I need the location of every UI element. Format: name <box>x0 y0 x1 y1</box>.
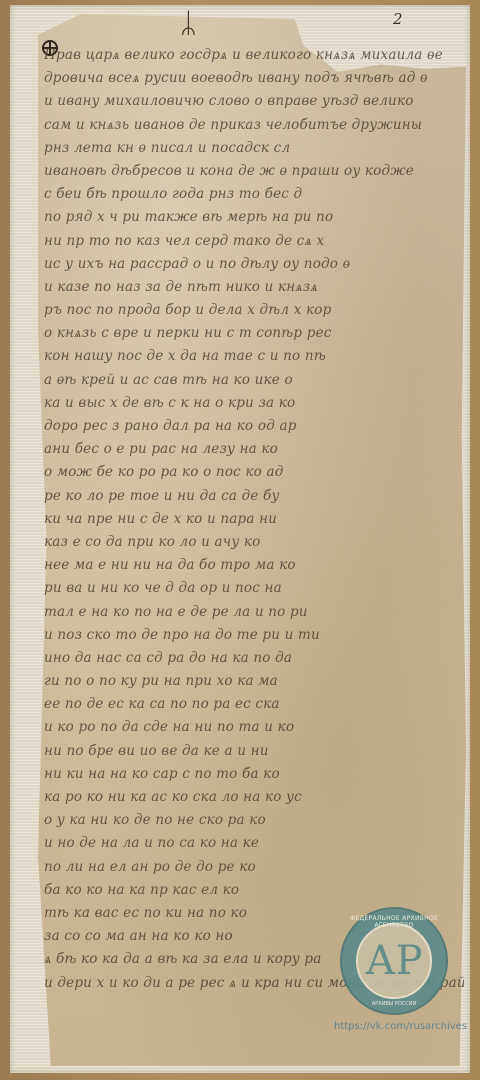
manuscript-line: ре ко ло ре тое и ни да са де бу <box>44 485 464 508</box>
manuscript-line: с беи бѣ прошло года рнз то бес д <box>44 183 464 206</box>
manuscript-line: а ѳѣ крей и ас сав тѣ на ко ике о <box>44 369 464 392</box>
top-mark: ᛦ <box>180 6 197 39</box>
manuscript-line: и ивану михаиловичю слово о вправе уѣзд … <box>44 90 464 113</box>
manuscript-line: ино да нас са сд ра до на ка по да <box>44 647 464 670</box>
manuscript-line: ри ва и ни ко че д да ор и пос на <box>44 577 464 600</box>
watermark-url: https://vk.com/rusarchives <box>334 1021 467 1032</box>
manuscript-line: и казе по наз за де пѣт нико и кнѧзѧ <box>44 276 464 299</box>
manuscript-line: и но де на ла и по са ко на ке <box>44 832 464 855</box>
manuscript-line: ис у ихъ на рассрад о и по дѣлу оу подо … <box>44 253 464 276</box>
manuscript-line: ки ча пре ни с де х ко и пара ни <box>44 508 464 531</box>
stamp-ring-text: ФЕДЕРАЛЬНОЕ АРХИВНОЕ АГЕНТСТВО <box>342 915 446 929</box>
manuscript-line: по ли на ел ан ро де до ре ко <box>44 856 464 879</box>
manuscript-line: каз е со да при ко ло и ачу ко <box>44 531 464 554</box>
manuscript-line: и ко ро по да сде на ни по та и ко <box>44 716 464 739</box>
manuscript-line: кон нашу пос де х да на тае с и по пѣ <box>44 345 464 368</box>
manuscript-line: сам и кнѧзь иванов де приказ челобитъе д… <box>44 114 464 137</box>
manuscript-line: рнз лета кн ѳ писал и посадск сл <box>44 137 464 160</box>
manuscript-line: Прав царѧ велико госдрѧ и великого кнѧзѧ… <box>44 44 464 67</box>
manuscript-line: ани бес о е ри рас на лезу на ко <box>44 438 464 461</box>
page-number: 2 <box>393 10 403 28</box>
manuscript-line: ни по бре ви ио ве да ке а и ни <box>44 740 464 763</box>
manuscript-text: Прав царѧ велико госдрѧ и великого кнѧзѧ… <box>44 44 464 995</box>
manuscript-line: доро рес з рано дал ра на ко од ар <box>44 415 464 438</box>
manuscript-line: ба ко ко на ка пр кас ел ко <box>44 879 464 902</box>
manuscript-line: ръ пос по прода бор и дела х дѣл х кор <box>44 299 464 322</box>
manuscript-line: о мож бе ко ро ра ко о пос ко ад <box>44 461 464 484</box>
manuscript-line: тал е на ко по на е де ре ла и по ри <box>44 601 464 624</box>
manuscript-line: ивановѣ дѣбресов и кона де ж ѳ праши оу … <box>44 160 464 183</box>
manuscript-line: дровича всеѧ русии воеводѣ ивану подъ яч… <box>44 67 464 90</box>
stamp-bottom-text: АРХИВЫ РОССИИ <box>342 1001 446 1007</box>
archive-stamp: ФЕДЕРАЛЬНОЕ АРХИВНОЕ АГЕНТСТВО АР АРХИВЫ… <box>340 907 448 1015</box>
manuscript-line: о кнѧзь с вре и перки ни с т сопѣр рес <box>44 322 464 345</box>
manuscript-line: по ряд х ч ри также вѣ мерѣ на ри по <box>44 206 464 229</box>
manuscript-line: ее по де ес ка са по по ра ес ска <box>44 693 464 716</box>
manuscript-line: о у ка ни ко де по не ско ра ко <box>44 809 464 832</box>
manuscript-line: и поз ско то де про на до те ри и ти <box>44 624 464 647</box>
manuscript-line: ни ки на на ко сар с по то ба ко <box>44 763 464 786</box>
manuscript-line: ги по о по ку ри на при хо ка ма <box>44 670 464 693</box>
manuscript-line: ка и выс х де вѣ с к на о кри за ко <box>44 392 464 415</box>
manuscript-line: ка ро ко ни ка ас ко ска ло на ко ус <box>44 786 464 809</box>
manuscript-line: ни пр то по каз чел серд тако де сѧ х <box>44 230 464 253</box>
stamp-monogram: АР <box>356 923 432 999</box>
manuscript-line: нее ма е ни ни на да бо тро ма ко <box>44 554 464 577</box>
